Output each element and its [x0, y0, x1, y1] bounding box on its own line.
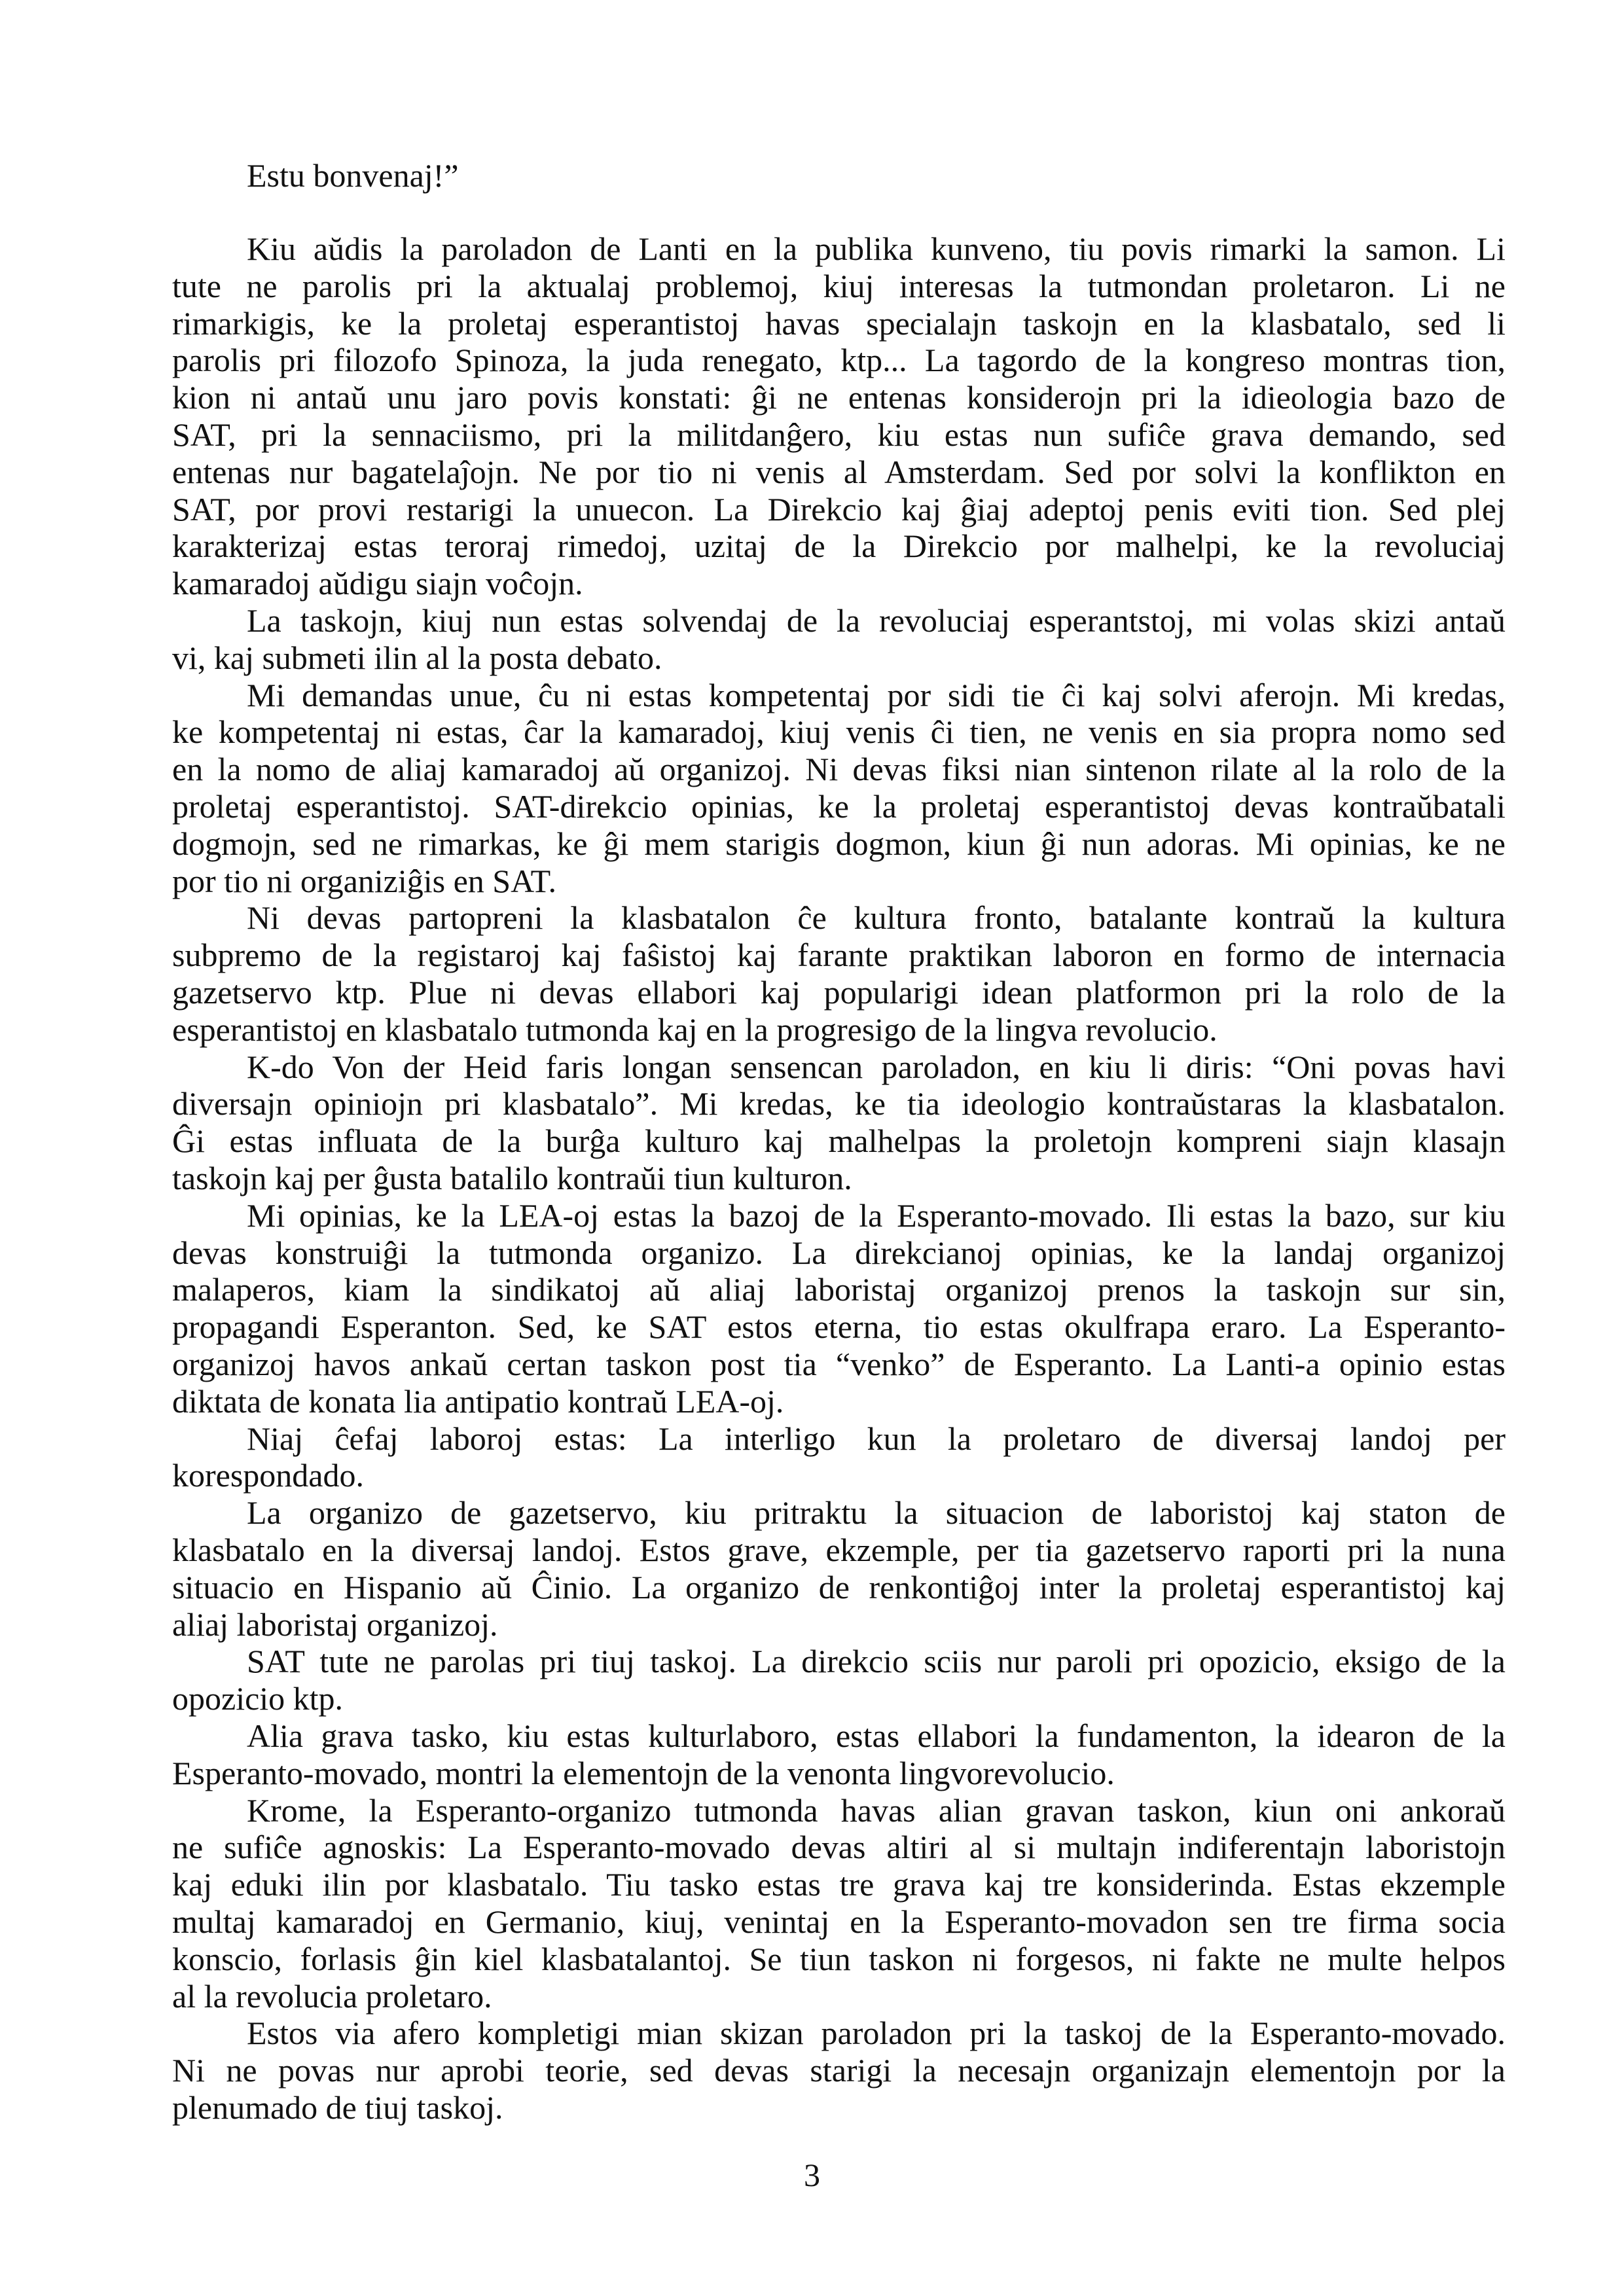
text-line: por tio ni organiziĝis en SAT.	[172, 863, 1506, 900]
text-line: taskojn kaj per ĝusta batalilo kontraŭi …	[172, 1160, 1506, 1197]
text-line: Niaj ĉefaj laboroj estas: La interligo k…	[247, 1420, 1506, 1458]
text-line: klasbatalo en la diversaj landoj. Estos …	[172, 1532, 1506, 1569]
text-line: Esperanto-movado, montri la elementojn d…	[172, 1755, 1506, 1792]
text-line: K-do Von der Heid faris longan sensencan…	[247, 1049, 1506, 1086]
text-line: SAT, por provi restarigi la unuecon. La …	[172, 491, 1506, 528]
text-line: korespondado.	[172, 1457, 1506, 1494]
text-line: opozicio ktp.	[172, 1680, 1506, 1717]
page-number: 3	[0, 2157, 1624, 2194]
text-line: devas konstruiĝi la tutmonda organizo. L…	[172, 1234, 1506, 1272]
text-line: en la nomo de aliaj kamaradoj aŭ organiz…	[172, 751, 1506, 788]
text-line: aliaj laboristaj organizoj.	[172, 1606, 1506, 1643]
text-line: Ni devas partopreni la klasbatalon ĉe ku…	[247, 899, 1506, 937]
text-line: Mi opinias, ke la LEA-oj estas la bazoj …	[247, 1197, 1506, 1234]
text-line: tute ne parolis pri la aktualaj problemo…	[172, 268, 1506, 305]
text-line: Krome, la Esperanto-organizo tutmonda ha…	[247, 1792, 1506, 1829]
text-line: dogmojn, sed ne rimarkas, ke ĝi mem star…	[172, 825, 1506, 863]
text-line: al la revolucia proletaro.	[172, 1978, 1506, 2015]
text-line: plenumado de tiuj taskoj.	[172, 2089, 1506, 2126]
text-line: La organizo de gazetservo, kiu pritraktu…	[247, 1494, 1506, 1532]
text-line: proletaj esperantistoj. SAT-direkcio opi…	[172, 788, 1506, 825]
text-line: rimarkigis, ke la proletaj esperantistoj…	[172, 305, 1506, 342]
text-line: karakterizaj estas teroraj rimedoj, uzit…	[172, 528, 1506, 565]
text-line: kamaradoj aŭdigu siajn voĉojn.	[172, 565, 1506, 602]
text-line: ne sufiĉe agnoskis: La Esperanto-movado …	[172, 1829, 1506, 1866]
text-line: Ni ne povas nur aprobi teorie, sed devas…	[172, 2052, 1506, 2089]
text-line: situacio en Hispanio aŭ Ĉinio. La organi…	[172, 1569, 1506, 1606]
text-line: vi, kaj submeti ilin al la posta debato.	[172, 639, 1506, 677]
text-line: ke kompetentaj ni estas, ĉar la kamarado…	[172, 713, 1506, 751]
text-line: subpremo de la registaroj kaj faŝistoj k…	[172, 937, 1506, 974]
text-line: multaj kamaradoj en Germanio, kiuj, veni…	[172, 1903, 1506, 1941]
text-line: SAT tute ne parolas pri tiuj taskoj. La …	[247, 1643, 1506, 1680]
text-line: La taskojn, kiuj nun estas solvendaj de …	[247, 602, 1506, 639]
opening-line: Estu bonvenaj!”	[247, 157, 1506, 194]
text-line: Alia grava tasko, kiu estas kulturlaboro…	[247, 1717, 1506, 1755]
text-line: entenas nur bagatelaĵojn. Ne por tio ni …	[172, 454, 1506, 491]
text-line: diversajn opiniojn pri klasbatalo”. Mi k…	[172, 1085, 1506, 1122]
text-line: propagandi Esperanton. Sed, ke SAT estos…	[172, 1308, 1506, 1346]
text-line: Ĝi estas influata de la burĝa kulturo ka…	[172, 1122, 1506, 1160]
text-line: diktata de konata lia antipatio kontraŭ …	[172, 1383, 1506, 1420]
text-line: malaperos, kiam la sindikatoj aŭ aliaj l…	[172, 1271, 1506, 1308]
text-line: Kiu aŭdis la paroladon de Lanti en la pu…	[247, 230, 1506, 268]
text-line: Mi demandas unue, ĉu ni estas kompetenta…	[247, 677, 1506, 714]
text-line: organizoj havos ankaŭ certan taskon post…	[172, 1346, 1506, 1383]
text-line: konscio, forlasis ĝin kiel klasbatalanto…	[172, 1941, 1506, 1978]
text-line: kion ni antaŭ unu jaro povis konstati: ĝ…	[172, 379, 1506, 416]
text-line: Estos via afero kompletigi mian skizan p…	[247, 2015, 1506, 2052]
text-line: SAT, pri la sennaciismo, pri la militdan…	[172, 416, 1506, 454]
text-line: parolis pri filozofo Spinoza, la juda re…	[172, 342, 1506, 379]
text-line: gazetservo ktp. Plue ni devas ellabori k…	[172, 974, 1506, 1011]
text-line: kaj eduki ilin por klasbatalo. Tiu tasko…	[172, 1866, 1506, 1903]
text-line: esperantistoj en klasbatalo tutmonda kaj…	[172, 1011, 1506, 1049]
